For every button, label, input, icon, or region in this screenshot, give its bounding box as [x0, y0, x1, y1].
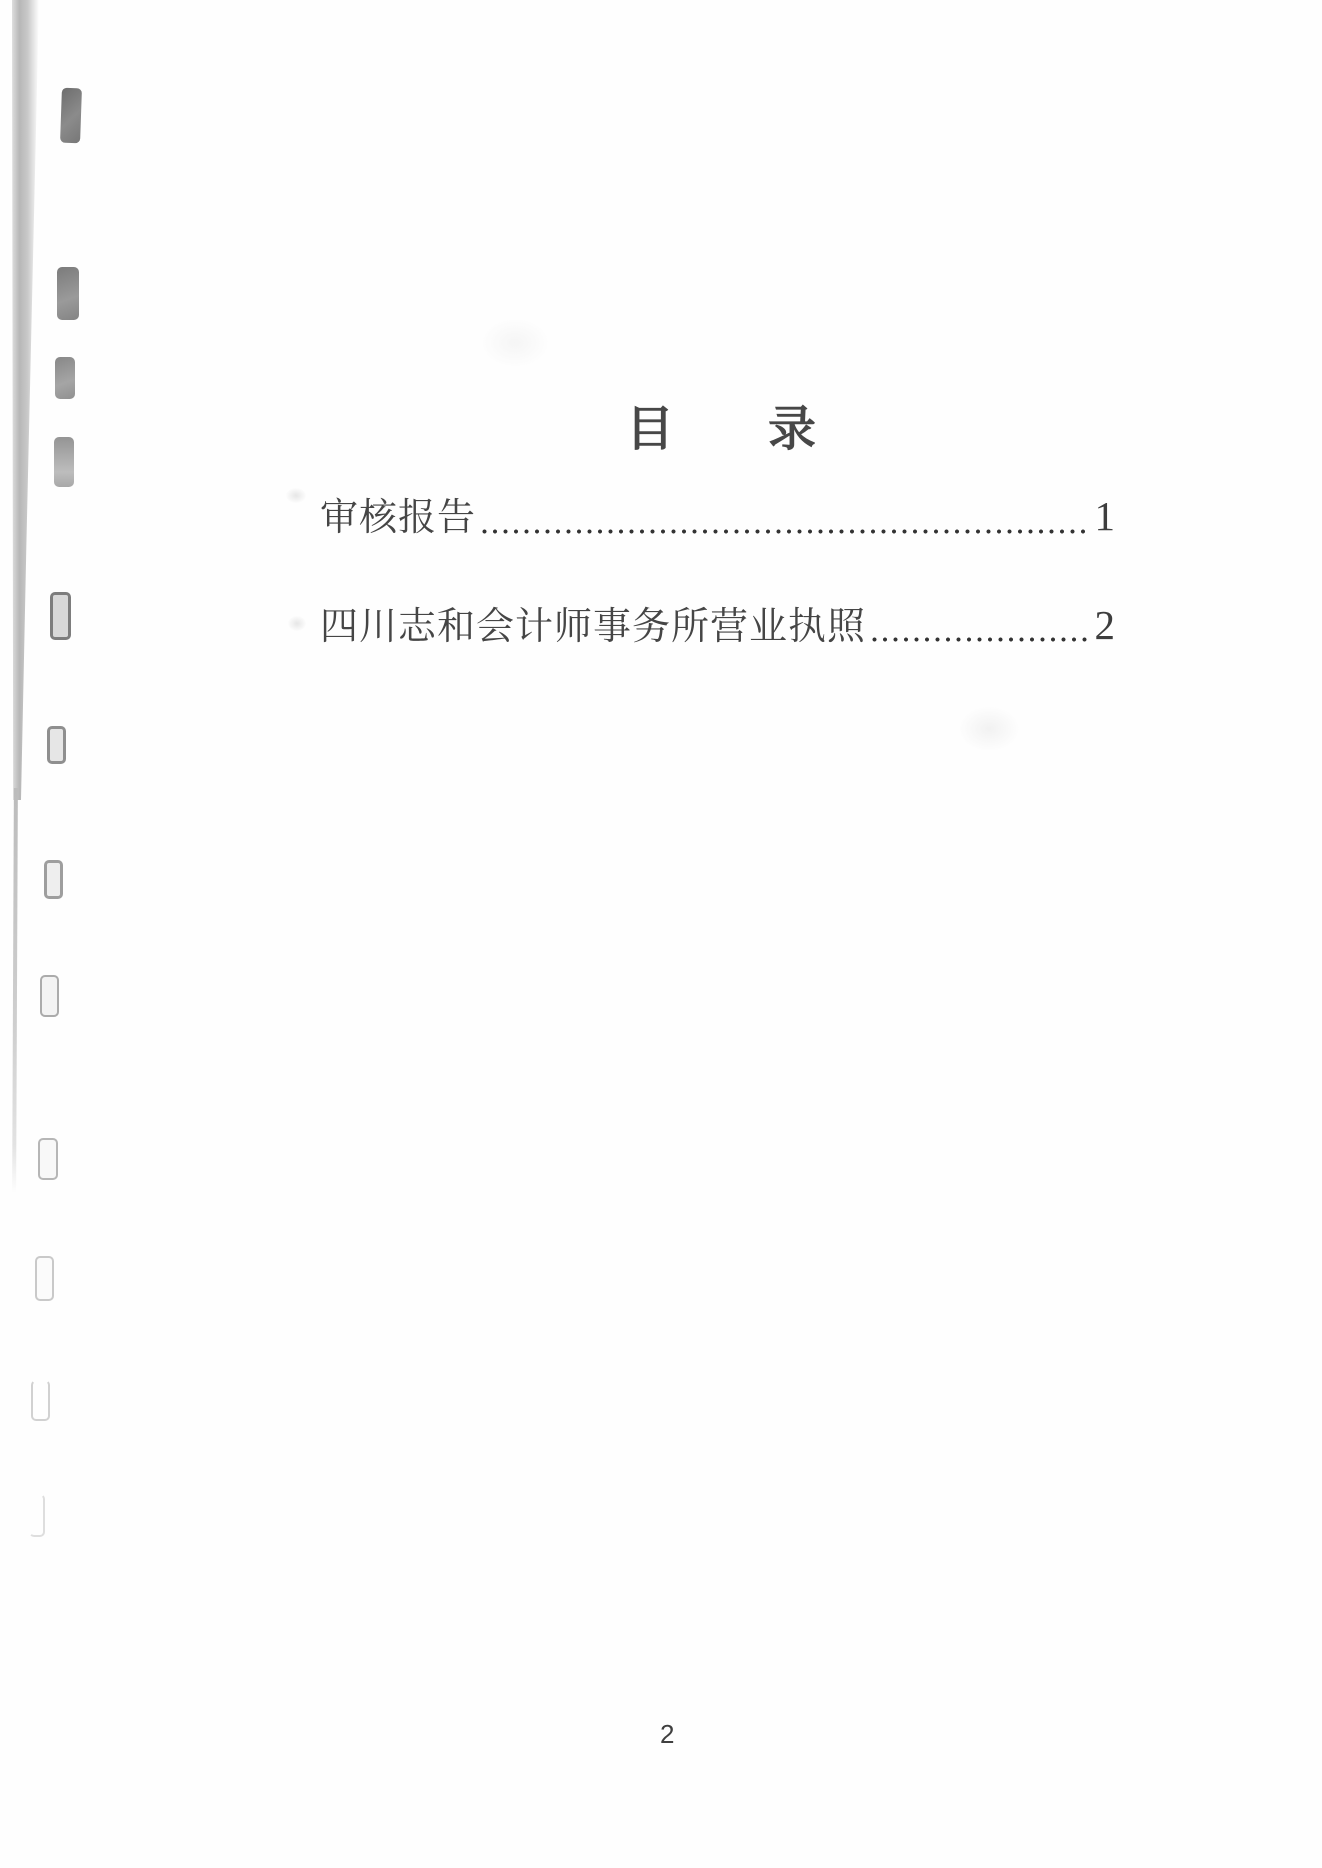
toc-entry-label: 审核报告: [320, 494, 476, 543]
binding-hole: [57, 267, 79, 320]
binding-hole: [44, 860, 63, 899]
scan-smudge: [480, 318, 550, 368]
toc-entry-business-license: 四川志和会计师事务所营业执照 2: [320, 599, 1116, 652]
binding-hole: [40, 975, 59, 1017]
binding-hole: [47, 726, 66, 764]
toc-entry-audit-report: 审核报告 1: [320, 490, 1116, 543]
scanned-document-page: 目 录 审核报告 1 四川志和会计师事务所营业执照 2 2: [0, 0, 1322, 1868]
scan-smudge: [288, 616, 306, 631]
binding-hole: [38, 1138, 58, 1180]
binding-hole: [31, 1380, 50, 1421]
toc-entry-page-number: 2: [1095, 599, 1117, 651]
page-edge-shadow: [9, 0, 39, 800]
binding-hole: [29, 1494, 45, 1537]
binding-hole: [54, 437, 74, 487]
page-edge-line: [12, 788, 18, 1193]
toc-list: 审核报告 1 四川志和会计师事务所营业执照 2: [320, 490, 1116, 651]
binding-hole: [50, 592, 71, 640]
binding-hole: [35, 1256, 54, 1301]
dot-leader: [482, 529, 1090, 534]
toc-entry-label: 四川志和会计师事务所营业执照: [320, 603, 866, 652]
footer-page-number: 2: [660, 1719, 674, 1750]
scan-smudge: [286, 488, 306, 503]
binding-hole: [55, 357, 75, 399]
toc-title: 目 录: [626, 390, 839, 459]
toc-entry-page-number: 1: [1095, 490, 1117, 542]
binding-hole: [60, 88, 82, 144]
dot-leader: [872, 637, 1090, 642]
scan-smudge: [958, 706, 1020, 752]
